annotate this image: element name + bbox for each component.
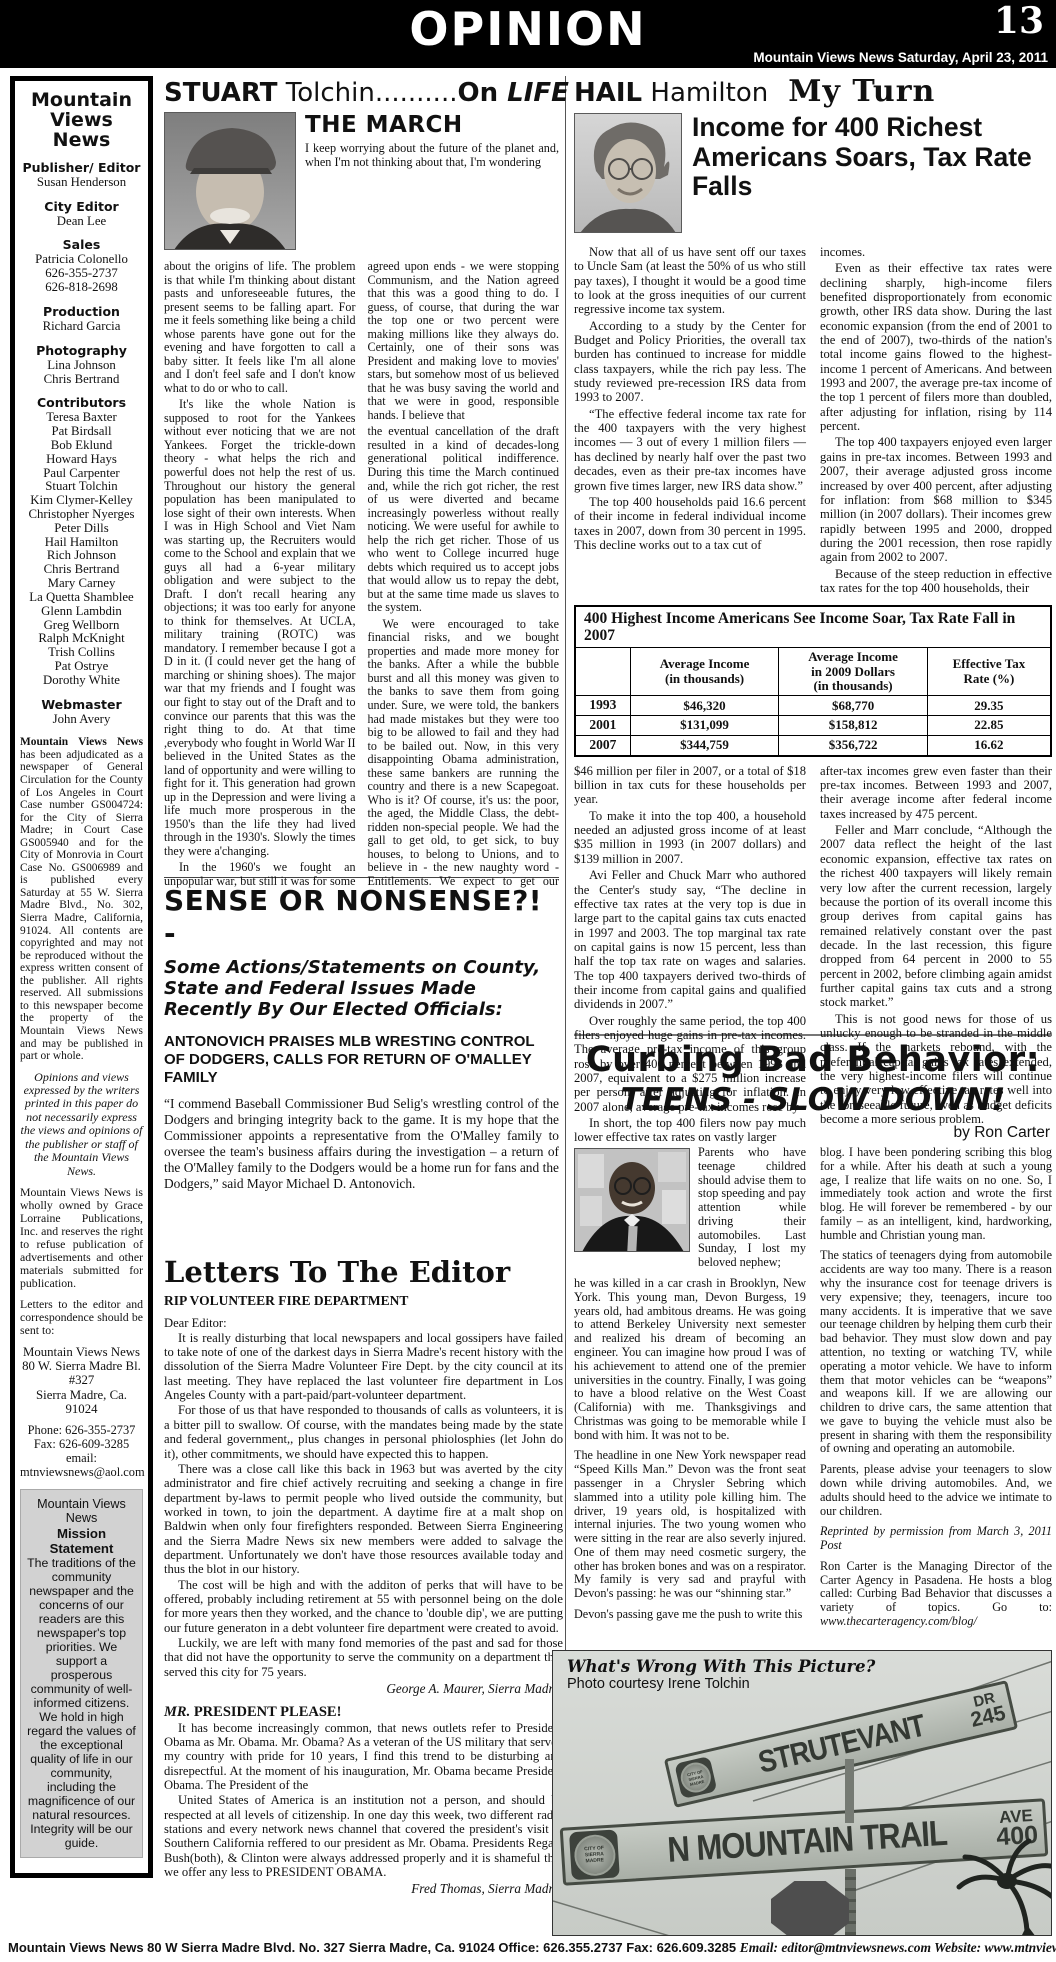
stuart-tolchin-photo [164, 112, 296, 255]
table-row: 2007 $344,759 $356,722 16.62 [575, 735, 1051, 755]
staff-role: Contributors [20, 395, 143, 410]
mission-statement-box: Mountain Views News Mission Statement Th… [20, 1489, 143, 1858]
table-cell: $158,812 [779, 716, 928, 736]
staff-section: City Editor Dean Lee [20, 199, 143, 229]
sense-item-headline: ANTONOVICH PRAISES MLB WRESTING CONTROL … [164, 1033, 559, 1087]
footer-email: editor@mtnviewsnews.com [781, 1940, 931, 1955]
sense-subheading: Some Actions/Statements on County, State… [164, 958, 559, 1021]
stuart-body: about the origins of life. The problem i… [164, 260, 559, 892]
table-cell: 16.62 [927, 735, 1051, 755]
hail-top-col1: Now that all of us have sent off our tax… [574, 245, 806, 597]
curbing-col1: Parents who have teenage childred should… [574, 1146, 806, 1636]
paragraph: It is really disturbing that local newsp… [164, 1331, 563, 1403]
blog-url: www.thecarteragency.com/blog/ [820, 1614, 977, 1628]
hail-top-col2: incomes.Even as their effective tax rate… [820, 245, 1052, 597]
table-header: Effective Tax Rate (%) [927, 648, 1051, 696]
staff-section: Production Richard Garcia [20, 304, 143, 334]
letter1-headline: RIP VOLUNTEER FIRE DEPARTMENT [164, 1293, 563, 1308]
table-row: 1993 $46,320 $68,770 29.35 [575, 696, 1051, 716]
mission-body: The traditions of the community newspape… [25, 1556, 138, 1850]
paragraph: the eventual cancellation of the draft r… [368, 425, 560, 614]
paragraph: $46 million per filer in 2007, or a tota… [574, 764, 806, 807]
opinions-disclaimer: Opinions and views expressed by the writ… [20, 1071, 143, 1179]
staff-role: Production [20, 304, 143, 319]
legal-notice: Mountain Views News has been adjudicated… [20, 736, 143, 1062]
staff-sidebar: Mountain Views News Publisher/ Editor Su… [10, 76, 153, 1878]
curbing-byline: by Ron Carter [574, 1124, 1050, 1142]
page-footer: Mountain Views News 80 W Sierra Madre Bl… [8, 1940, 1052, 1956]
newspaper-page: OPINION 13 Mountain Views News Saturday,… [0, 0, 1056, 1962]
letter1-body: It is really disturbing that local newsp… [164, 1331, 563, 1679]
paragraph: about the origins of life. The problem i… [164, 260, 356, 395]
staff-names: Patricia Colonello 626-355-2737 626-818-… [20, 253, 143, 294]
table-cell: $356,722 [779, 735, 928, 755]
ownership-notice: Mountain Views News is wholly owned by G… [20, 1186, 143, 1290]
staff-section: Contributors Teresa Baxter Pat Birdsall … [20, 395, 143, 687]
table-cell: 2001 [575, 716, 630, 736]
dateline: Mountain Views News Saturday, April 23, … [753, 50, 1048, 65]
table-header [575, 648, 630, 696]
paragraph: According to a study by the Center for B… [574, 319, 806, 405]
table-cell: 2007 [575, 735, 630, 755]
mailing-address: Mountain Views News 80 W. Sierra Madre B… [20, 1345, 143, 1417]
footer-email-label: Email: [740, 1940, 782, 1955]
paragraph: To make it into the top 400, a household… [574, 809, 806, 866]
mission-title: Mountain Views News [25, 1497, 138, 1526]
paragraph: incomes. [820, 245, 1052, 259]
table-cell: 29.35 [927, 696, 1051, 716]
curbing-heading: Curbing Bad Behavior: [574, 1040, 1052, 1080]
article-stuart-tolchin: STUART Tolchin..........On LIFE THE MARC… [164, 78, 559, 892]
sense-or-nonsense-section: SENSE OR NONSENSE?! - Some Actions/State… [164, 884, 559, 1192]
paragraph: The statics of teenagers dying from auto… [820, 1249, 1052, 1456]
paragraph: Avi Feller and Chuck Marr who authored t… [574, 868, 806, 1011]
staff-role: Webmaster [20, 697, 143, 712]
paragraph: after-tax incomes grew even faster than … [820, 764, 1052, 821]
letters-to-editor-section: Letters To The Editor RIP VOLUNTEER FIRE… [164, 1256, 563, 1902]
letter1-signature: George A. Maurer, Sierra Madre [164, 1681, 559, 1696]
table-header: Average Income (in thousands) [630, 648, 779, 696]
table-cell: $68,770 [779, 696, 928, 716]
paragraph: It's like the whole Nation is supposed t… [164, 398, 356, 858]
curbing-subheading: TEENS - SLOW DOWN! [574, 1082, 1052, 1118]
curbing-col2: blog. I have been pondering scribing thi… [820, 1146, 1052, 1636]
palm-tree-silhouette [907, 1821, 1052, 1936]
staff-role: Photography [20, 343, 143, 358]
income-table: 400 Highest Income Americans See Income … [574, 605, 1052, 757]
sense-body: “I commend Baseball Commissioner Bud Sel… [164, 1096, 559, 1192]
table-cell: 1993 [575, 696, 630, 716]
masthead-bar: OPINION 13 Mountain Views News Saturday,… [0, 0, 1056, 68]
staff-role: Sales [20, 237, 143, 252]
letters-note: Letters to the editor and correspondence… [20, 1298, 143, 1337]
staff-names: Richard Garcia [20, 320, 143, 334]
section-title: OPINION [0, 2, 1056, 56]
paragraph: It has become increasingly common, that … [164, 1721, 563, 1793]
staff-role: Publisher/ Editor [20, 160, 143, 175]
stuart-intro: I keep worrying about the future of the … [305, 142, 559, 170]
staff-section: Sales Patricia Colonello 626-355-2737 62… [20, 237, 143, 294]
paragraph: The headline in one New York newspaper r… [574, 1449, 806, 1601]
staff-section: Webmaster John Avery [20, 697, 143, 727]
paragraph: “The effective federal income tax rate f… [574, 407, 806, 493]
staff-section: Publisher/ Editor Susan Henderson [20, 160, 143, 190]
paragraph: Because of the steep reduction in effect… [820, 567, 1052, 596]
paragraph: For those of us that have responded to t… [164, 1403, 563, 1460]
city-seal: CITY OFSIERRA MADRE [569, 1829, 620, 1880]
my-turn-label: My Turn [788, 74, 935, 109]
paragraph: blog. I have been pondering scribing thi… [820, 1146, 1052, 1242]
paragraph: The top 400 taxpayers enjoyed even large… [820, 435, 1052, 564]
table-cell: $46,320 [630, 696, 779, 716]
mission-subtitle: Mission Statement [25, 1526, 138, 1556]
hail-kicker: HAIL Hamilton My Turn [574, 74, 1052, 109]
contact-info: Phone: 626-355-2737 Fax: 626-609-3285 em… [20, 1424, 143, 1480]
paragraph: Luckily, we are left with many fond memo… [164, 1636, 563, 1679]
paragraph: There was a close call like this back in… [164, 1462, 563, 1577]
paragraph: Devon's passing gave me the push to writ… [574, 1608, 806, 1622]
table-cell: 22.85 [927, 716, 1051, 736]
staff-role: City Editor [20, 199, 143, 214]
street-sign-photo: What's Wrong With This Picture? Photo co… [552, 1650, 1052, 1936]
paragraph: The cost will be high and with the addit… [164, 1578, 563, 1635]
table-title: 400 Highest Income Americans See Income … [575, 606, 1051, 648]
reprint-note: Reprinted by permission from March 3, 20… [820, 1525, 1052, 1553]
table-row: 2001 $131,099 $158,812 22.85 [575, 716, 1051, 736]
staff-names: John Avery [20, 713, 143, 727]
footer-website: www.mtnviewsnews.com [985, 1940, 1056, 1955]
article-hail-hamilton: HAIL Hamilton My Turn Incom [574, 74, 1052, 1147]
letter2-signature: Fred Thomas, Sierra Madre [164, 1881, 559, 1896]
table-header: Average Income in 2009 Dollars (in thous… [779, 648, 928, 696]
sign-post [845, 1759, 854, 1823]
sense-heading: SENSE OR NONSENSE?! - [164, 884, 559, 950]
letter2-headline: MR. PRESIDENT PLEASE! [164, 1704, 563, 1721]
ron-carter-photo [574, 1148, 690, 1256]
paragraph: United States of America is an instituti… [164, 1793, 563, 1879]
paper-title: Mountain Views News [20, 91, 143, 151]
hail-hamilton-photo [574, 113, 682, 238]
table-header-row: Average Income (in thousands) Average In… [575, 648, 1051, 696]
staff-names: Dean Lee [20, 215, 143, 229]
letters-heading: Letters To The Editor [164, 1256, 563, 1289]
staff-names: Lina Johnson Chris Bertrand [20, 359, 143, 387]
letter1-salutation: Dear Editor: [164, 1316, 563, 1330]
stuart-subhead: THE MARCH [305, 112, 559, 138]
paragraph: Feller and Marr conclude, “Although the … [820, 823, 1052, 1009]
letter2-body: It has become increasingly common, that … [164, 1721, 563, 1880]
staff-names: Susan Henderson [20, 176, 143, 190]
picture-caption-title: What's Wrong With This Picture? [567, 1657, 875, 1676]
footer-website-label: Website: [931, 1940, 985, 1955]
stuart-kicker: STUART Tolchin..........On LIFE [164, 78, 559, 108]
article-curbing-bad-behavior: Curbing Bad Behavior: TEENS - SLOW DOWN!… [574, 1040, 1052, 1636]
page-number: 13 [994, 0, 1044, 42]
contributors-list: Teresa Baxter Pat Birdsall Bob Eklund Ho… [20, 411, 143, 687]
staff-section: Photography Lina Johnson Chris Bertrand [20, 343, 143, 387]
picture-caption-credit: Photo courtesy Irene Tolchin [567, 1676, 875, 1692]
paragraph: he was killed in a car crash in Brooklyn… [574, 1277, 806, 1442]
table-cell: $131,099 [630, 716, 779, 736]
paragraph: The top 400 households paid 16.6 percent… [574, 495, 806, 552]
author-bio: Ron Carter is the Managing Director of t… [820, 1560, 1052, 1629]
table-cell: $344,759 [630, 735, 779, 755]
hail-headline: Income for 400 Richest Americans Soars, … [692, 113, 1052, 202]
paragraph: Even as their effective tax rates were d… [820, 261, 1052, 433]
paragraph: Now that all of us have sent off our tax… [574, 245, 806, 317]
paragraph: Parents, please advise your teenagers to… [820, 1463, 1052, 1518]
hail-body-top: Now that all of us have sent off our tax… [574, 245, 1052, 597]
